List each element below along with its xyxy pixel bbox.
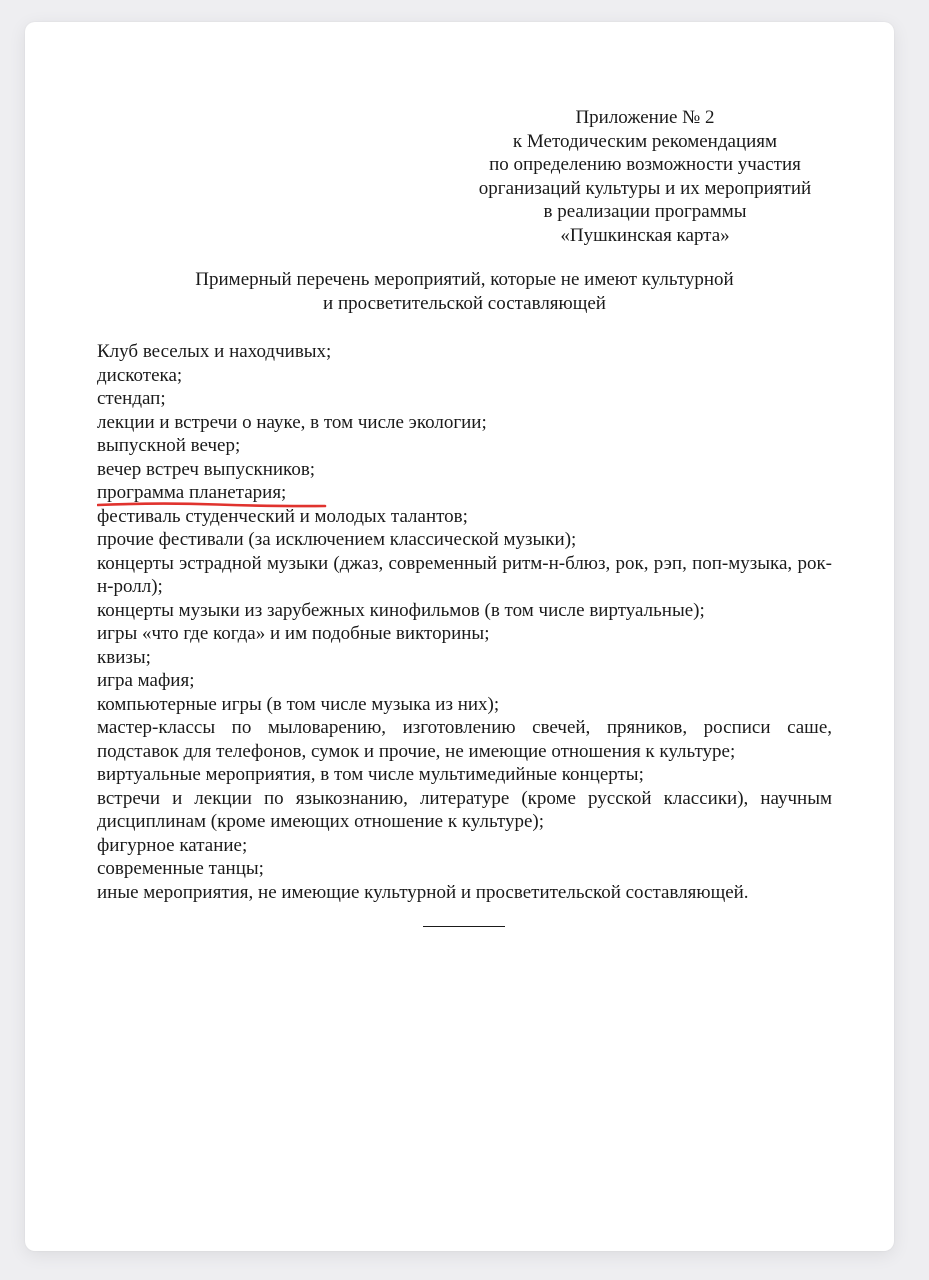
annex-line: Приложение № 2 <box>455 106 835 130</box>
list-item-text: программа планетария; <box>97 482 286 503</box>
annex-line: в реализации программы <box>455 200 835 224</box>
event-list: Клуб веселых и находчивых; дискотека; ст… <box>97 340 832 904</box>
annex-line: по определению возможности участия <box>455 153 835 177</box>
document-page: Приложение № 2 к Методическим рекомендац… <box>25 22 894 1251</box>
list-item: мастер-классы по мыловарению, изготовлен… <box>97 716 832 763</box>
list-item: выпускной вечер; <box>97 434 832 458</box>
title-line: и просветительской составляющей <box>25 292 904 316</box>
list-item: фигурное катание; <box>97 834 832 858</box>
annex-line: «Пушкинская карта» <box>455 224 835 248</box>
list-item: игра мафия; <box>97 669 832 693</box>
list-item: концерты эстрадной музыки (джаз, совреме… <box>97 552 832 599</box>
title-line: Примерный перечень мероприятий, которые … <box>25 268 904 292</box>
list-item: концерты музыки из зарубежных кинофильмо… <box>97 599 832 623</box>
list-item: лекции и встречи о науке, в том числе эк… <box>97 411 832 435</box>
list-item-highlighted: программа планетария; <box>97 481 832 505</box>
list-item: иные мероприятия, не имеющие культурной … <box>97 881 832 905</box>
list-item: современные танцы; <box>97 857 832 881</box>
list-item: Клуб веселых и находчивых; <box>97 340 832 364</box>
list-item: прочие фестивали (за исключением классич… <box>97 528 832 552</box>
list-item: компьютерные игры (в том числе музыка из… <box>97 693 832 717</box>
list-item: вечер встреч выпускников; <box>97 458 832 482</box>
annex-line: организаций культуры и их мероприятий <box>455 177 835 201</box>
list-item: стендап; <box>97 387 832 411</box>
annex-header: Приложение № 2 к Методическим рекомендац… <box>455 106 835 248</box>
list-item: встречи и лекции по языкознанию, литерат… <box>97 787 832 834</box>
list-item: виртуальные мероприятия, в том числе мул… <box>97 763 832 787</box>
document-title: Примерный перечень мероприятий, которые … <box>25 268 904 316</box>
list-item: игры «что где когда» и им подобные викто… <box>97 622 832 646</box>
list-item: квизы; <box>97 646 832 670</box>
end-divider <box>423 926 505 927</box>
list-item: фестиваль студенческий и молодых таланто… <box>97 505 832 529</box>
list-item: дискотека; <box>97 364 832 388</box>
annex-line: к Методическим рекомендациям <box>455 130 835 154</box>
